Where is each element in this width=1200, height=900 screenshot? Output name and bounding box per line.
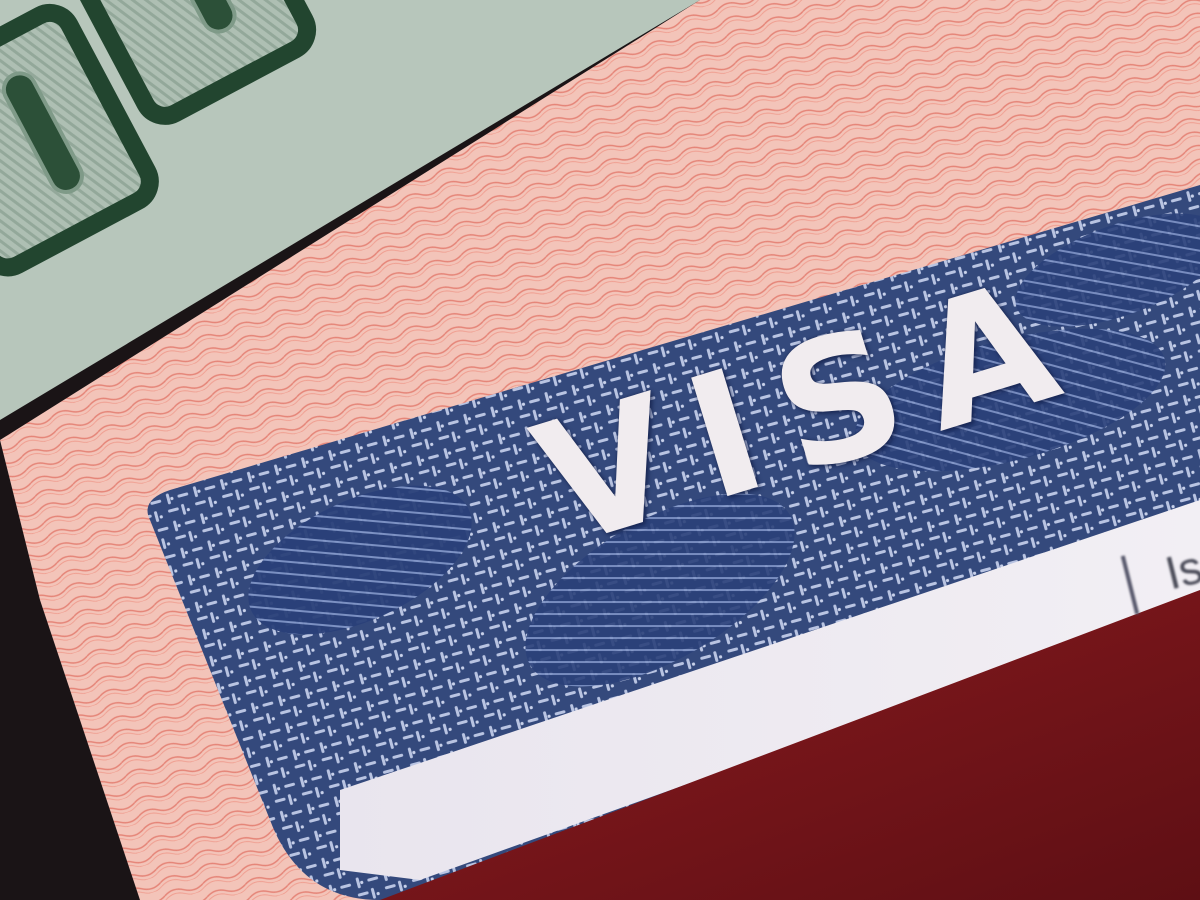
photo-scene: VISA Is bbox=[0, 0, 1200, 900]
